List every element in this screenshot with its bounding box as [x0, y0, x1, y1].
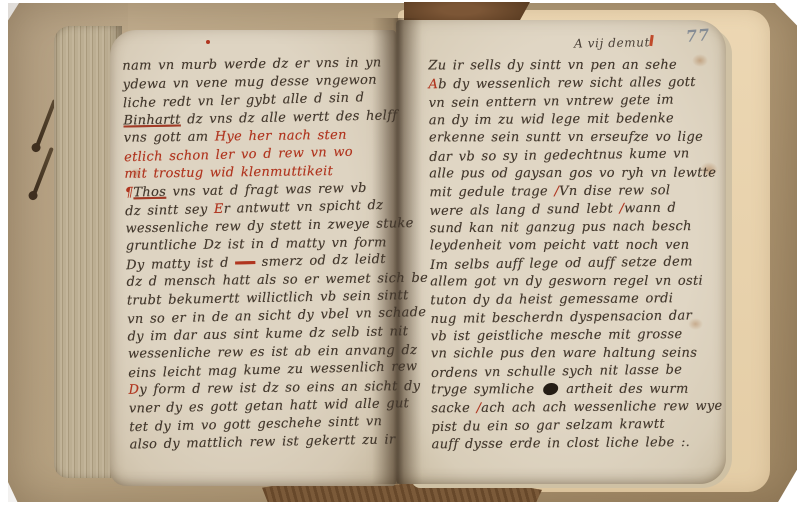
text-run: vns gott am [124, 130, 215, 146]
manuscript-line: erkenne sein suntt vn erseufze vo lige [429, 129, 721, 148]
manuscript-line: sund kan nit ganzug pus nach besch [430, 218, 722, 239]
text-run: wann d [624, 201, 676, 217]
left-page-text: nam vn murb werde dz er vns in ynydewa v… [122, 54, 392, 455]
text-run: an dy im zu wid lege mit bedenke [429, 111, 674, 128]
text-run: ¶ [125, 185, 134, 200]
manuscript-line: dz d mensch hatt als so er wemet sich be [126, 270, 388, 291]
text-run: vn sein enttern vn vntrew gete im [429, 93, 674, 111]
text-run: smerz od dz leidt [255, 252, 386, 270]
text-run: tuton dy da heist gemessame ordi [430, 291, 673, 308]
text-run: Im selbs auff lege od auff setze dem [430, 254, 693, 273]
manuscript-line: vb ist geistliche mesche mit grosse [431, 326, 723, 347]
manuscript-line: alle pus od gaysan gos vo ryh vn lewtte [429, 165, 721, 184]
text-run: dz d mensch hatt als so er wemet sich be [126, 271, 428, 290]
manuscript-line: auff dysse erde in clost liche lebe :. [432, 434, 724, 455]
folio-number: 77 [685, 25, 711, 46]
text-run: pist du ein so gar selzam krawtt [431, 417, 665, 435]
text-run: Binhartt [123, 112, 181, 128]
red-ink-dot [206, 40, 210, 44]
text-run: mit gedule trage [429, 184, 554, 200]
text-run: vb ist geistliche mesche mit grosse [431, 327, 683, 344]
text-run: E [214, 202, 224, 217]
text-run: vns vat d fragt was rew vb [166, 181, 367, 200]
text-run: ach ach ach wessenliche rew wye [481, 399, 722, 416]
manuscript-line: mit trostug wid klenmuttikeit [124, 162, 386, 183]
text-run: dz sintt sey [125, 202, 214, 219]
text-run: vn sichle pus den ware haltung seins [431, 346, 697, 362]
right-page-text: Zu ir sells dy sintt vn pen an seheAb dy… [428, 56, 723, 455]
manuscript-photo: A vij demut 77 nam vn murb werde dz er v… [0, 0, 800, 511]
manuscript-line: an dy im zu wid lege mit bedenke [429, 110, 721, 131]
manuscript-line: ordens vn schulle sych nit lasse be [431, 361, 723, 383]
text-run: mit trostug wid klenmuttikeit [124, 164, 333, 182]
text-run: leydenheit vom peicht vatt noch ven [430, 238, 690, 254]
text-run: nug mit bescherdn dyspensacion dar [430, 308, 692, 327]
manuscript-line: tryge symliche artheit des wurm [431, 381, 723, 400]
text-run: D [128, 383, 139, 398]
text-run: auff dysse erde in clost liche lebe :. [432, 435, 691, 452]
text-run: etlich schon ler vo d rew vn wo [124, 145, 353, 166]
text-run: sacke [431, 401, 476, 416]
text-run: dar vb so sy in gedechtnus kume vn [429, 146, 690, 165]
manuscript-line: Im selbs auff lege od auff setze dem [430, 253, 722, 275]
ink-blot [543, 383, 558, 395]
text-run: Dy matty ist d [126, 256, 235, 274]
text-run: ordens vn schulle sych nit lasse be [431, 363, 682, 382]
text-run: nam vn murb werde dz er vns in yn [122, 55, 381, 73]
text-run: liche redt vn ler gybt alle d sin d [123, 90, 365, 111]
text-run: Hye her nach sten [215, 128, 347, 145]
text-run: sund kan nit ganzug pus nach besch [430, 219, 692, 236]
text-run: y form d rew ist dz so eins an sicht dy [139, 379, 420, 398]
manuscript-line: Zu ir sells dy sintt vn pen an sehe [428, 57, 720, 76]
manuscript-line: dar vb so sy in gedechtnus kume vn [429, 145, 721, 167]
text-run: Thos [133, 185, 166, 201]
text-run: were als lang d sund lebt [430, 201, 620, 219]
manuscript-line: allem got vn dy gesworn regel vn osti [430, 273, 722, 292]
text-run: b dy wessenlich rew sicht alles gott [438, 75, 696, 92]
text-run: r antwutt vn spicht dz [224, 198, 384, 217]
text-run: dz vns dz alle wertt des helff [181, 108, 398, 127]
running-header: A vij demut [574, 35, 650, 50]
manuscript-line: nam vn murb werde dz er vns in yn [122, 54, 384, 75]
text-run: – – [235, 255, 255, 270]
text-run: erkenne sein suntt vn erseufze vo lige [429, 130, 703, 146]
text-run: Zu ir sells dy sintt vn pen an sehe [428, 58, 677, 74]
text-run: allem got vn dy gesworn regel vn osti [430, 274, 703, 290]
text-run: Vn dise rew sol [559, 183, 670, 199]
text-run: A [428, 77, 438, 92]
text-run: alle pus od gaysan gos vo ryh vn lewtte [429, 166, 716, 182]
text-run: artheit des wurm [560, 382, 689, 397]
manuscript-line: Dy form d rew ist dz so eins an sicht dy [128, 378, 390, 399]
text-run: tryge symliche [431, 382, 541, 397]
